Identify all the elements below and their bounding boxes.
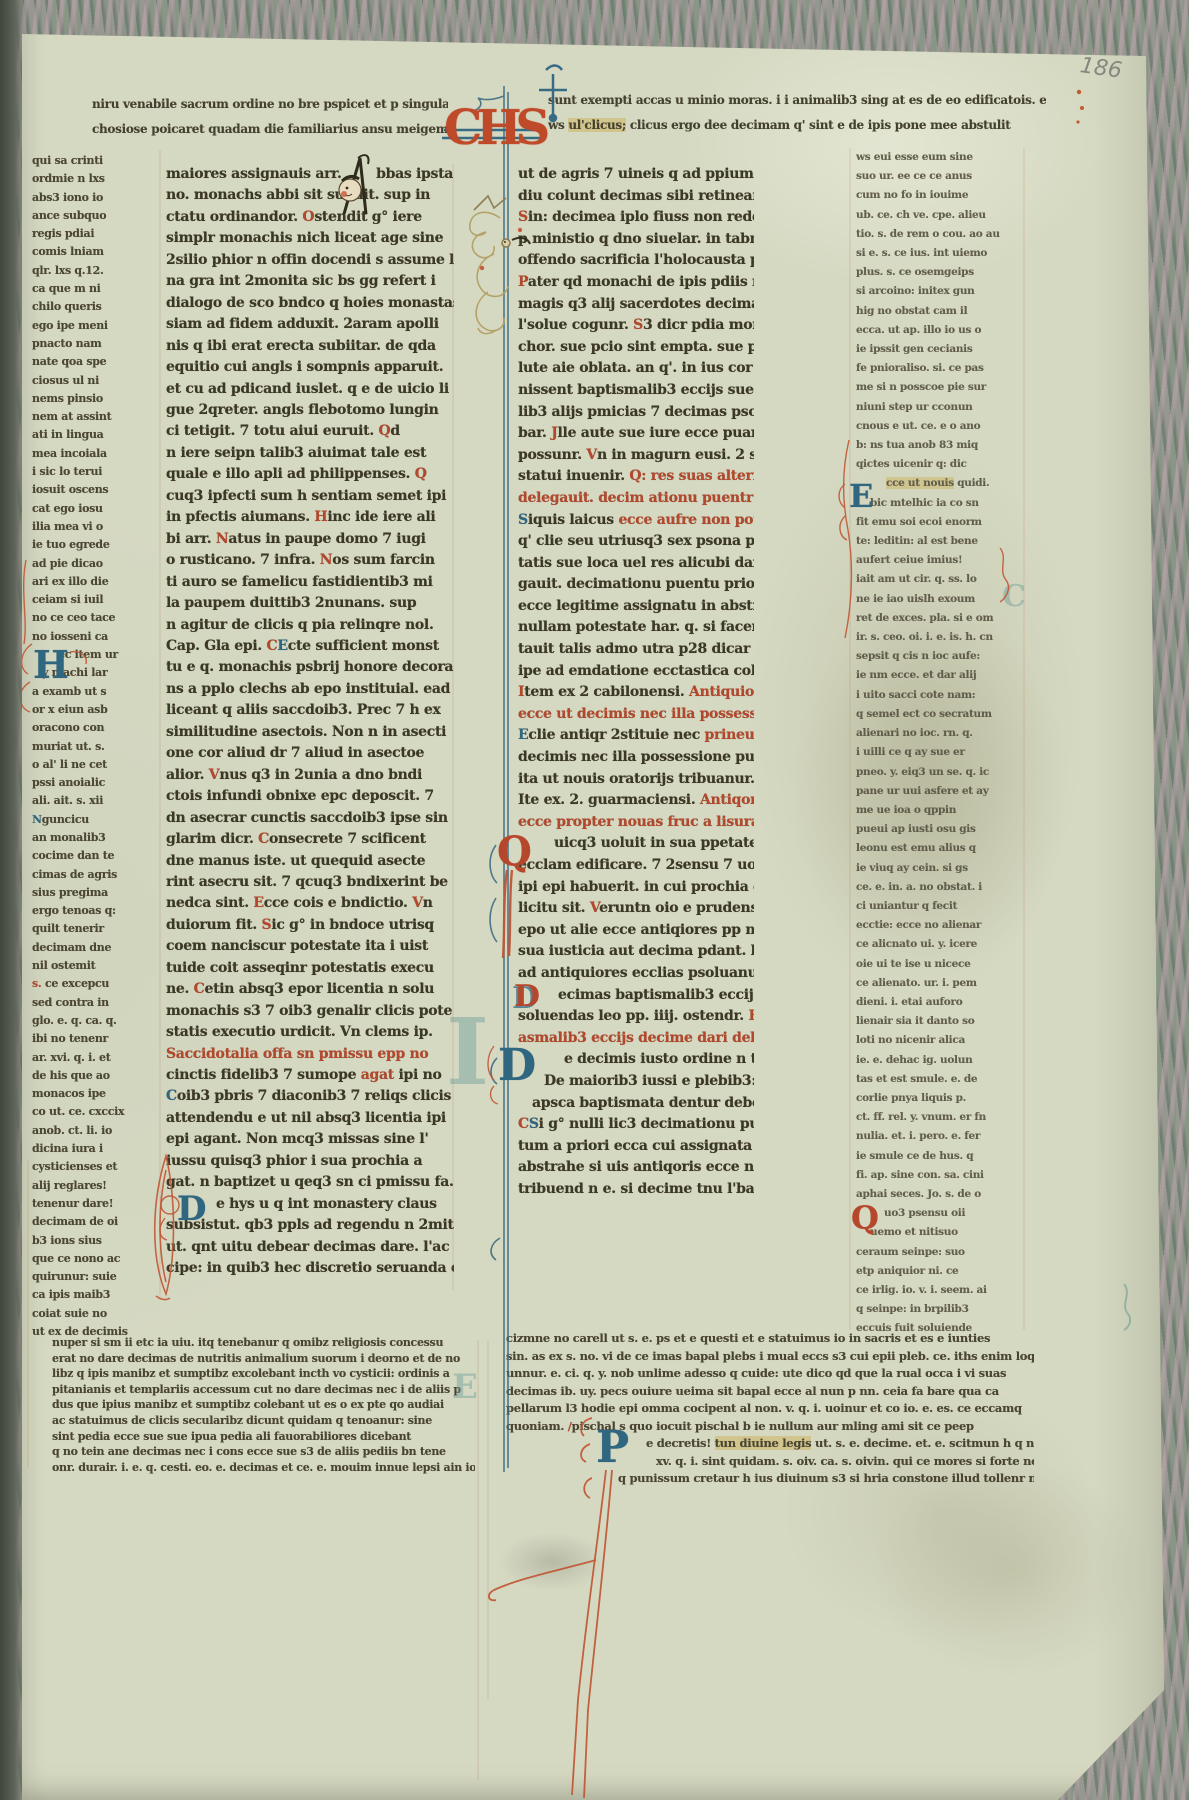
initial-d-redblue: D: [514, 982, 540, 1012]
offset-ghost-letter-c: C: [1002, 582, 1026, 612]
initial-d-blue: D: [177, 1192, 206, 1226]
manuscript-page: go.1. 186 niru venabile sacrum ordine no…: [0, 0, 1189, 1800]
parchment-stain: [870, 1460, 1150, 1680]
bottom-gloss-right: cizmne no carell ut s. e. ps et e questi…: [506, 1330, 1034, 1488]
main-text-column-1: maiores assignauis arr. bbas ipstano. mo…: [166, 164, 454, 1280]
folio-mark-ink: go.1.: [1061, 33, 1103, 54]
initial-h-blue: H: [33, 646, 69, 684]
top-margin-gloss-right: sunt exempti accas u minio moras. i i an…: [548, 88, 1046, 138]
top-margin-gloss-left: niru venabile sacrum ordine no bre pspic…: [92, 92, 448, 142]
initial-q-red-small: Q: [851, 1202, 879, 1234]
initial-d-blue-large: D: [498, 1044, 536, 1088]
bottom-gloss-left: nuper si sm ii etc ia uiu. itq tenebanur…: [52, 1335, 475, 1475]
offset-ghost-letter-i: I: [446, 1006, 489, 1098]
gutter-flourish-line: [472, 86, 509, 1472]
photograph-of-manuscript: { "page": { "folio_mark": "go.1.", "page…: [0, 0, 1189, 1800]
left-gloss-column: qui sa crintiordmie n lxsabs3 iono ioanc…: [32, 152, 156, 1341]
initial-p-blue: P: [596, 1426, 629, 1470]
main-text-column-2: ut de agris 7 uineis q ad ppium stipendi…: [518, 164, 754, 1201]
offset-ghost-letter-e: E: [452, 1370, 478, 1404]
corner-squiggle: [1124, 1284, 1130, 1330]
initial-q-red: Q: [497, 832, 532, 872]
page-number-pencil: 186: [1078, 53, 1123, 84]
right-gloss-column: ws eui esse eum sinesuo ur. ee ce ce anu…: [856, 148, 1022, 1339]
parchment-smudge: [498, 1532, 608, 1592]
red-corner-dots: [1076, 90, 1084, 124]
q-initial-tail: [503, 870, 512, 958]
chapter-monogram: CHS: [444, 104, 544, 152]
initial-e-blue: E: [849, 480, 873, 512]
